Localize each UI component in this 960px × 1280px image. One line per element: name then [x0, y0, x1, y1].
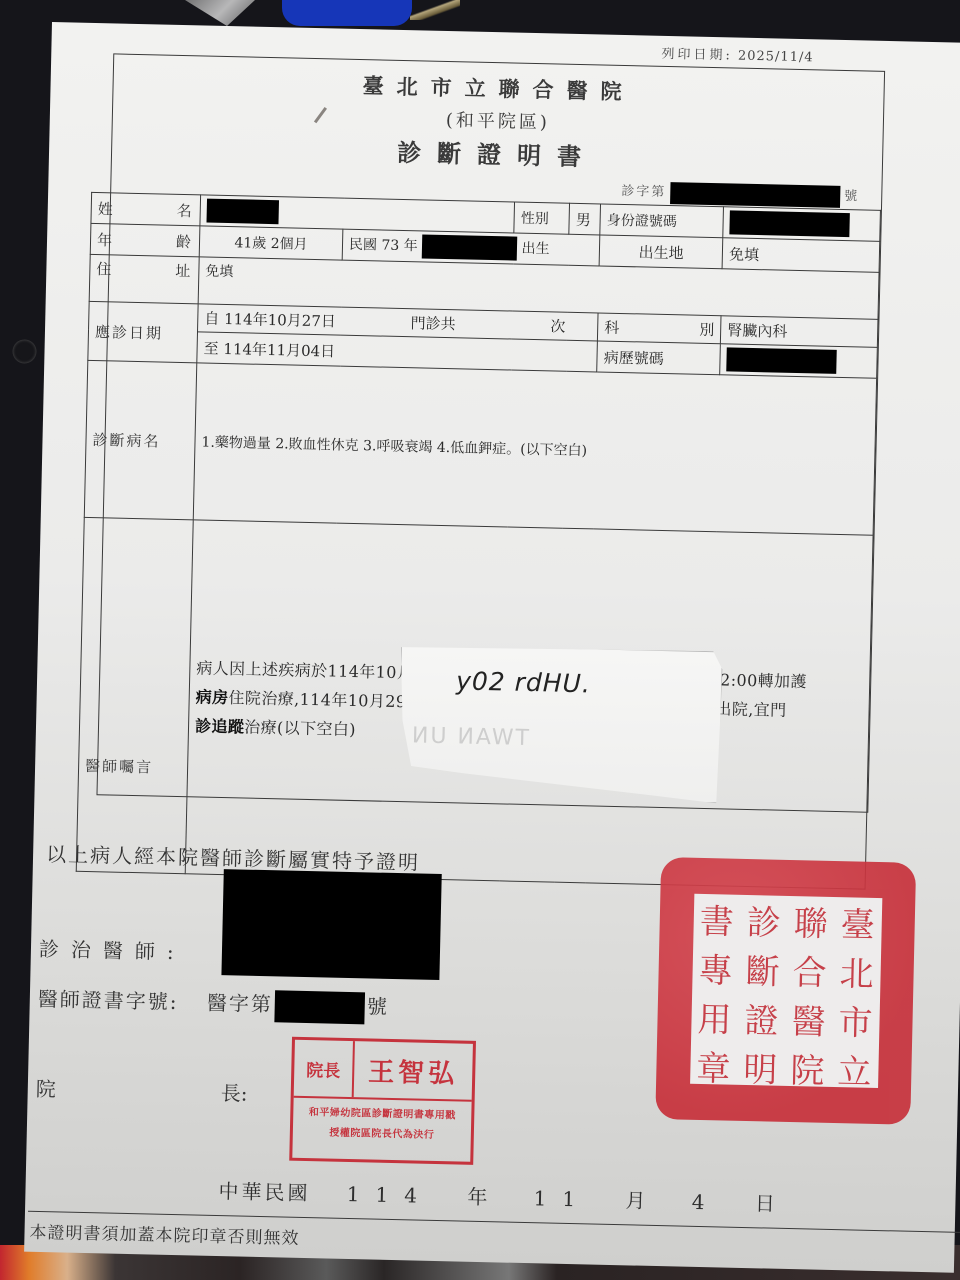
age-label: 年齡 — [97, 229, 193, 252]
seal-char: 聯 — [787, 896, 835, 946]
seal-char: 合 — [786, 945, 834, 995]
id-value — [723, 207, 880, 242]
visit-label: 應診日期 — [88, 301, 198, 362]
handwritten-note: y02 rdHU. — [456, 666, 591, 698]
dept-label: 科別 — [604, 317, 714, 340]
seal-char: 專 — [692, 943, 740, 993]
outpatient-label: 門診共 — [410, 314, 455, 333]
address-label: 住址 — [96, 258, 192, 281]
advice-label: 醫師囑言 — [76, 517, 193, 873]
age-value: 41歲 2個月 — [199, 226, 343, 260]
certificate-number: 診字第號 — [621, 180, 859, 208]
seal-char: 北 — [833, 946, 881, 996]
pen-object — [410, 0, 460, 20]
redacted-block — [670, 182, 840, 208]
issue-date: 中華民國 114 年 11 月 4 日 — [218, 1175, 775, 1217]
redacted-block — [422, 234, 518, 260]
id-label: 身份證號碼 — [600, 204, 724, 238]
birthplace-label: 出生地 — [599, 235, 723, 269]
director-label: 院長: — [35, 1073, 247, 1107]
seal-char: 立 — [830, 1044, 878, 1094]
punch-hole — [12, 339, 37, 364]
birthplace-value: 免填 — [722, 238, 879, 273]
license-number: 醫師證書字號: 醫字第號 — [37, 983, 389, 1024]
sex-label: 性別 — [514, 202, 570, 234]
seal-line-2: 授權院區院長代為決行 — [293, 1123, 471, 1142]
seal-line-1: 和平婦幼院區診斷證明書專用戳 — [293, 1103, 471, 1122]
director-seal: 院長 王智弘 和平婦幼院區診斷證明書專用戳 授權院區院長代為決行 — [289, 1037, 476, 1165]
redacted-block — [221, 869, 441, 980]
redacted-block — [206, 199, 279, 225]
patient-table: 姓名 性別 男 身份證號碼 年齡 41歲 2個月 民國 73 年 出生 出生地 … — [76, 192, 881, 890]
seal-char: 院 — [783, 1043, 831, 1093]
print-date: 列印日期: 2025/11/4 — [661, 43, 814, 65]
row-diagnosis: 診斷病名 1.藥物過量 2.敗血性休克 3.呼吸衰竭 4.低血鉀症。(以下空白) — [84, 360, 876, 535]
sex-value: 男 — [569, 203, 601, 235]
seal-char: 證 — [738, 993, 786, 1043]
diagnosis-value: 1.藥物過量 2.敗血性休克 3.呼吸衰竭 4.低血鉀症。(以下空白) — [193, 363, 876, 535]
diagnosis-label: 診斷病名 — [84, 360, 197, 519]
seal-char: 書 — [693, 894, 741, 944]
seal-char: 醫 — [785, 994, 833, 1044]
name-label: 姓名 — [98, 198, 194, 221]
seal-char: 臺 — [834, 897, 882, 947]
seal-char: 章 — [689, 1041, 737, 1091]
times-unit: 次 — [550, 317, 565, 335]
seal-director-name: 王智弘 — [354, 1041, 473, 1100]
redacted-block — [274, 990, 365, 1024]
seal-char: 診 — [740, 895, 788, 945]
redacted-block — [726, 347, 837, 373]
seal-char: 明 — [736, 1042, 784, 1092]
seal-char: 斷 — [739, 944, 787, 994]
seal-char: 用 — [691, 992, 739, 1042]
seal-char: 市 — [832, 995, 880, 1045]
form-frame: 臺北市立聯合醫院 (和平院區) 診斷證明書 診字第號 姓名 性別 男 身份證號碼… — [96, 53, 885, 812]
hospital-seal: 臺北市立聯合醫院診斷證明書專用章 — [655, 857, 916, 1125]
validity-notice: 本證明書須加蓋本院印章否則無效 — [29, 1218, 299, 1249]
doctor-label: 診治醫師: — [39, 933, 186, 965]
visit-from: 自 114年10月27日 — [204, 310, 336, 331]
record-value — [720, 344, 877, 379]
seal-role: 院長 — [294, 1040, 355, 1097]
glass-object — [185, 0, 255, 26]
certificate-paper: 列印日期: 2025/11/4 臺北市立聯合醫院 (和平院區) 診斷證明書 診字… — [24, 22, 960, 1273]
hospital-seal-text: 臺北市立聯合醫院診斷證明書專用章 — [690, 894, 882, 1088]
record-label: 病歷號碼 — [597, 341, 721, 375]
blue-object — [282, 0, 412, 26]
dept-value: 腎臟內科 — [721, 316, 878, 348]
note-ghost-print: TWAN UN — [410, 723, 530, 751]
redacted-block — [730, 210, 851, 237]
